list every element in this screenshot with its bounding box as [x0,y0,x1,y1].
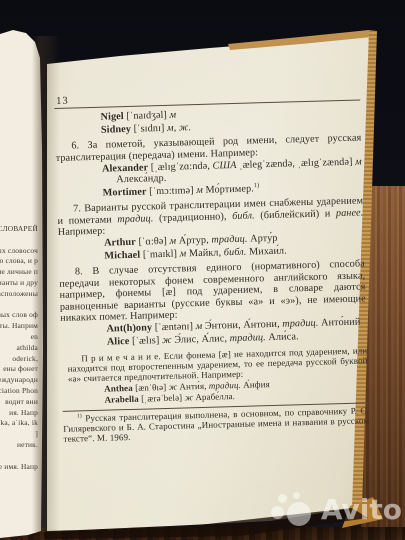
avito-logo-circle [278,494,287,503]
avito-watermark-text: Avito [321,493,402,526]
avito-logo-circle [287,502,311,526]
paragraph-8: 8. В случае отсутствия единого (норматив… [59,259,366,325]
avito-logo-circle [293,492,300,499]
photo-of-open-book: Я СЛОВАРЕЙльных словосочного слова, и рс… [0,0,405,540]
page-content: 13 Nigel [ˈnaɪdʒəl] м Sidney [ˈsɪdnɪ] м,… [54,87,370,444]
avito-logo-icon [271,491,317,527]
avito-watermark: Avito [271,491,402,527]
avito-logo-circle [271,506,284,519]
